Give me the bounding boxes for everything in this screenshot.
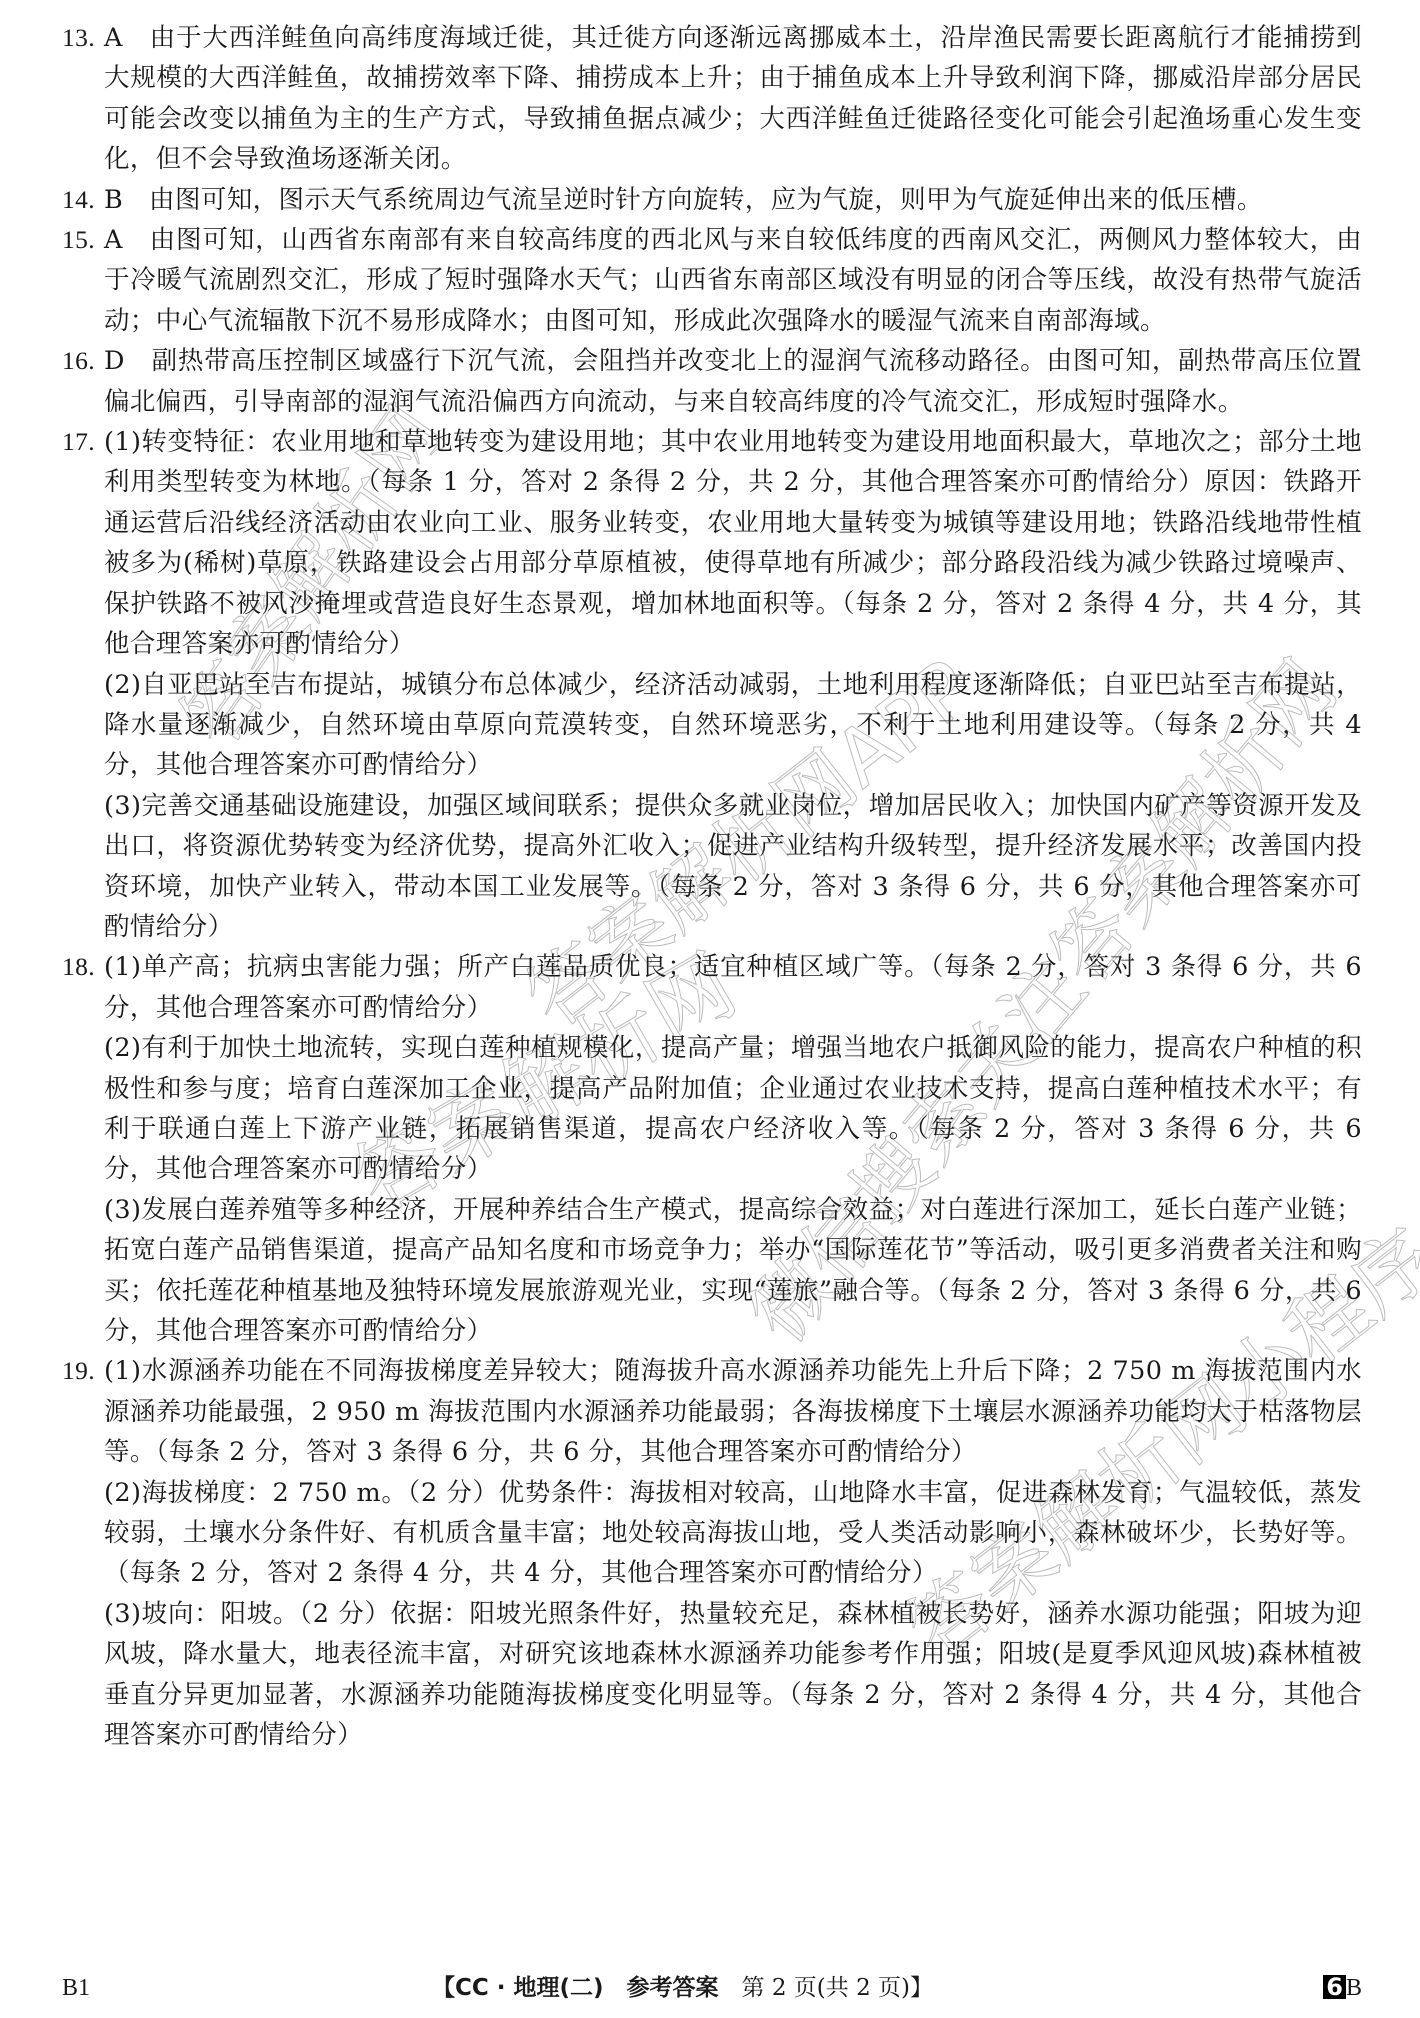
answer-part-3: (3)完善交通基础设施建设，加强区域间联系；提供众多就业岗位，增加居民收入；加快… [104, 786, 1362, 948]
question-number: 18. [62, 947, 95, 987]
question-number: 13. [62, 18, 95, 58]
version-badge: 6 [1323, 1975, 1346, 1999]
answer-18: 18. (1)单产高；抗病虫害能力强；所产白莲品质优良；适宜种植区域广等。（每条… [62, 947, 1362, 1351]
answer-part-1: (1)单产高；抗病虫害能力强；所产白莲品质优良；适宜种植区域广等。（每条 2 分… [104, 947, 1362, 1028]
question-number: 19. [62, 1351, 95, 1391]
answer-part-1: (1)水源涵养功能在不同海拔梯度差异较大；随海拔升高水源涵养功能先上升后下降；2… [104, 1351, 1362, 1472]
answer-part-2: (2)海拔梯度：2 750 m。（2 分）优势条件：海拔相对较高，山地降水丰富，… [104, 1473, 1362, 1594]
question-number: 17. [62, 422, 95, 462]
answer-17: 17. (1)转变特征：农业用地和草地转变为建设用地；其中农业用地转变为建设用地… [62, 422, 1362, 947]
answer-key-page: 13. A 由于大西洋鲑鱼向高纬度海域迁徙，其迁徙方向逐渐远离挪威本土，沿岸渔民… [0, 0, 1420, 2018]
answer-list: 13. A 由于大西洋鲑鱼向高纬度海域迁徙，其迁徙方向逐渐远离挪威本土，沿岸渔民… [62, 18, 1362, 1755]
answer-part-2: (2)有利于加快土地流转，实现白莲种植规模化，提高产量；增强当地农户抵御风险的能… [104, 1028, 1362, 1190]
answer-paragraph: D 副热带高压控制区域盛行下沉气流，会阻挡并改变北上的湿润气流移动路径。由图可知… [104, 341, 1362, 422]
answer-19: 19. (1)水源涵养功能在不同海拔梯度差异较大；随海拔升高水源涵养功能先上升后… [62, 1351, 1362, 1755]
answer-paragraph: A 由于大西洋鲑鱼向高纬度海域迁徙，其迁徙方向逐渐远离挪威本土，沿岸渔民需要长距… [104, 18, 1362, 180]
question-number: 15. [62, 220, 95, 260]
answer-14: 14. B 由图可知，图示天气系统周边气流呈逆时针方向旋转，应为气旋，则甲为气旋… [62, 180, 1362, 220]
answer-part-1: (1)转变特征：农业用地和草地转变为建设用地；其中农业用地转变为建设用地面积最大… [104, 422, 1362, 664]
version-suffix: B [1346, 1975, 1362, 2001]
footer-subject: 【CC · 地理(二) 参考答案 [432, 1975, 719, 2001]
footer-page-number: 第 2 页(共 2 页)】 [719, 1975, 933, 2001]
footer-code: B1 [62, 1968, 90, 2008]
page-footer: B1 【CC · 地理(二) 参考答案 第 2 页(共 2 页)】 6B [62, 1968, 1362, 2008]
answer-part-3: (3)发展白莲养殖等多种经济，开展种养结合生产模式，提高综合效益；对白莲进行深加… [104, 1190, 1362, 1352]
answer-15: 15. A 由图可知，山西省东南部有来自较高纬度的西北风与来自较低纬度的西南风交… [62, 220, 1362, 341]
answer-paragraph: A 由图可知，山西省东南部有来自较高纬度的西北风与来自较低纬度的西南风交汇，两侧… [104, 220, 1362, 341]
answer-paragraph: B 由图可知，图示天气系统周边气流呈逆时针方向旋转，应为气旋，则甲为气旋延伸出来… [104, 180, 1362, 220]
question-number: 16. [62, 341, 95, 381]
footer-version: 6B [1323, 1968, 1362, 2008]
answer-part-3: (3)坡向：阳坡。（2 分）依据：阳坡光照条件好，热量较充足，森林植被长势好，涵… [104, 1594, 1362, 1756]
answer-part-2: (2)自亚巴站至吉布提站，城镇分布总体减少，经济活动减弱，土地利用程度逐渐降低；… [104, 665, 1362, 786]
footer-title: 【CC · 地理(二) 参考答案 第 2 页(共 2 页)】 [432, 1968, 933, 2008]
answer-13: 13. A 由于大西洋鲑鱼向高纬度海域迁徙，其迁徙方向逐渐远离挪威本土，沿岸渔民… [62, 18, 1362, 180]
question-number: 14. [62, 180, 95, 220]
answer-16: 16. D 副热带高压控制区域盛行下沉气流，会阻挡并改变北上的湿润气流移动路径。… [62, 341, 1362, 422]
